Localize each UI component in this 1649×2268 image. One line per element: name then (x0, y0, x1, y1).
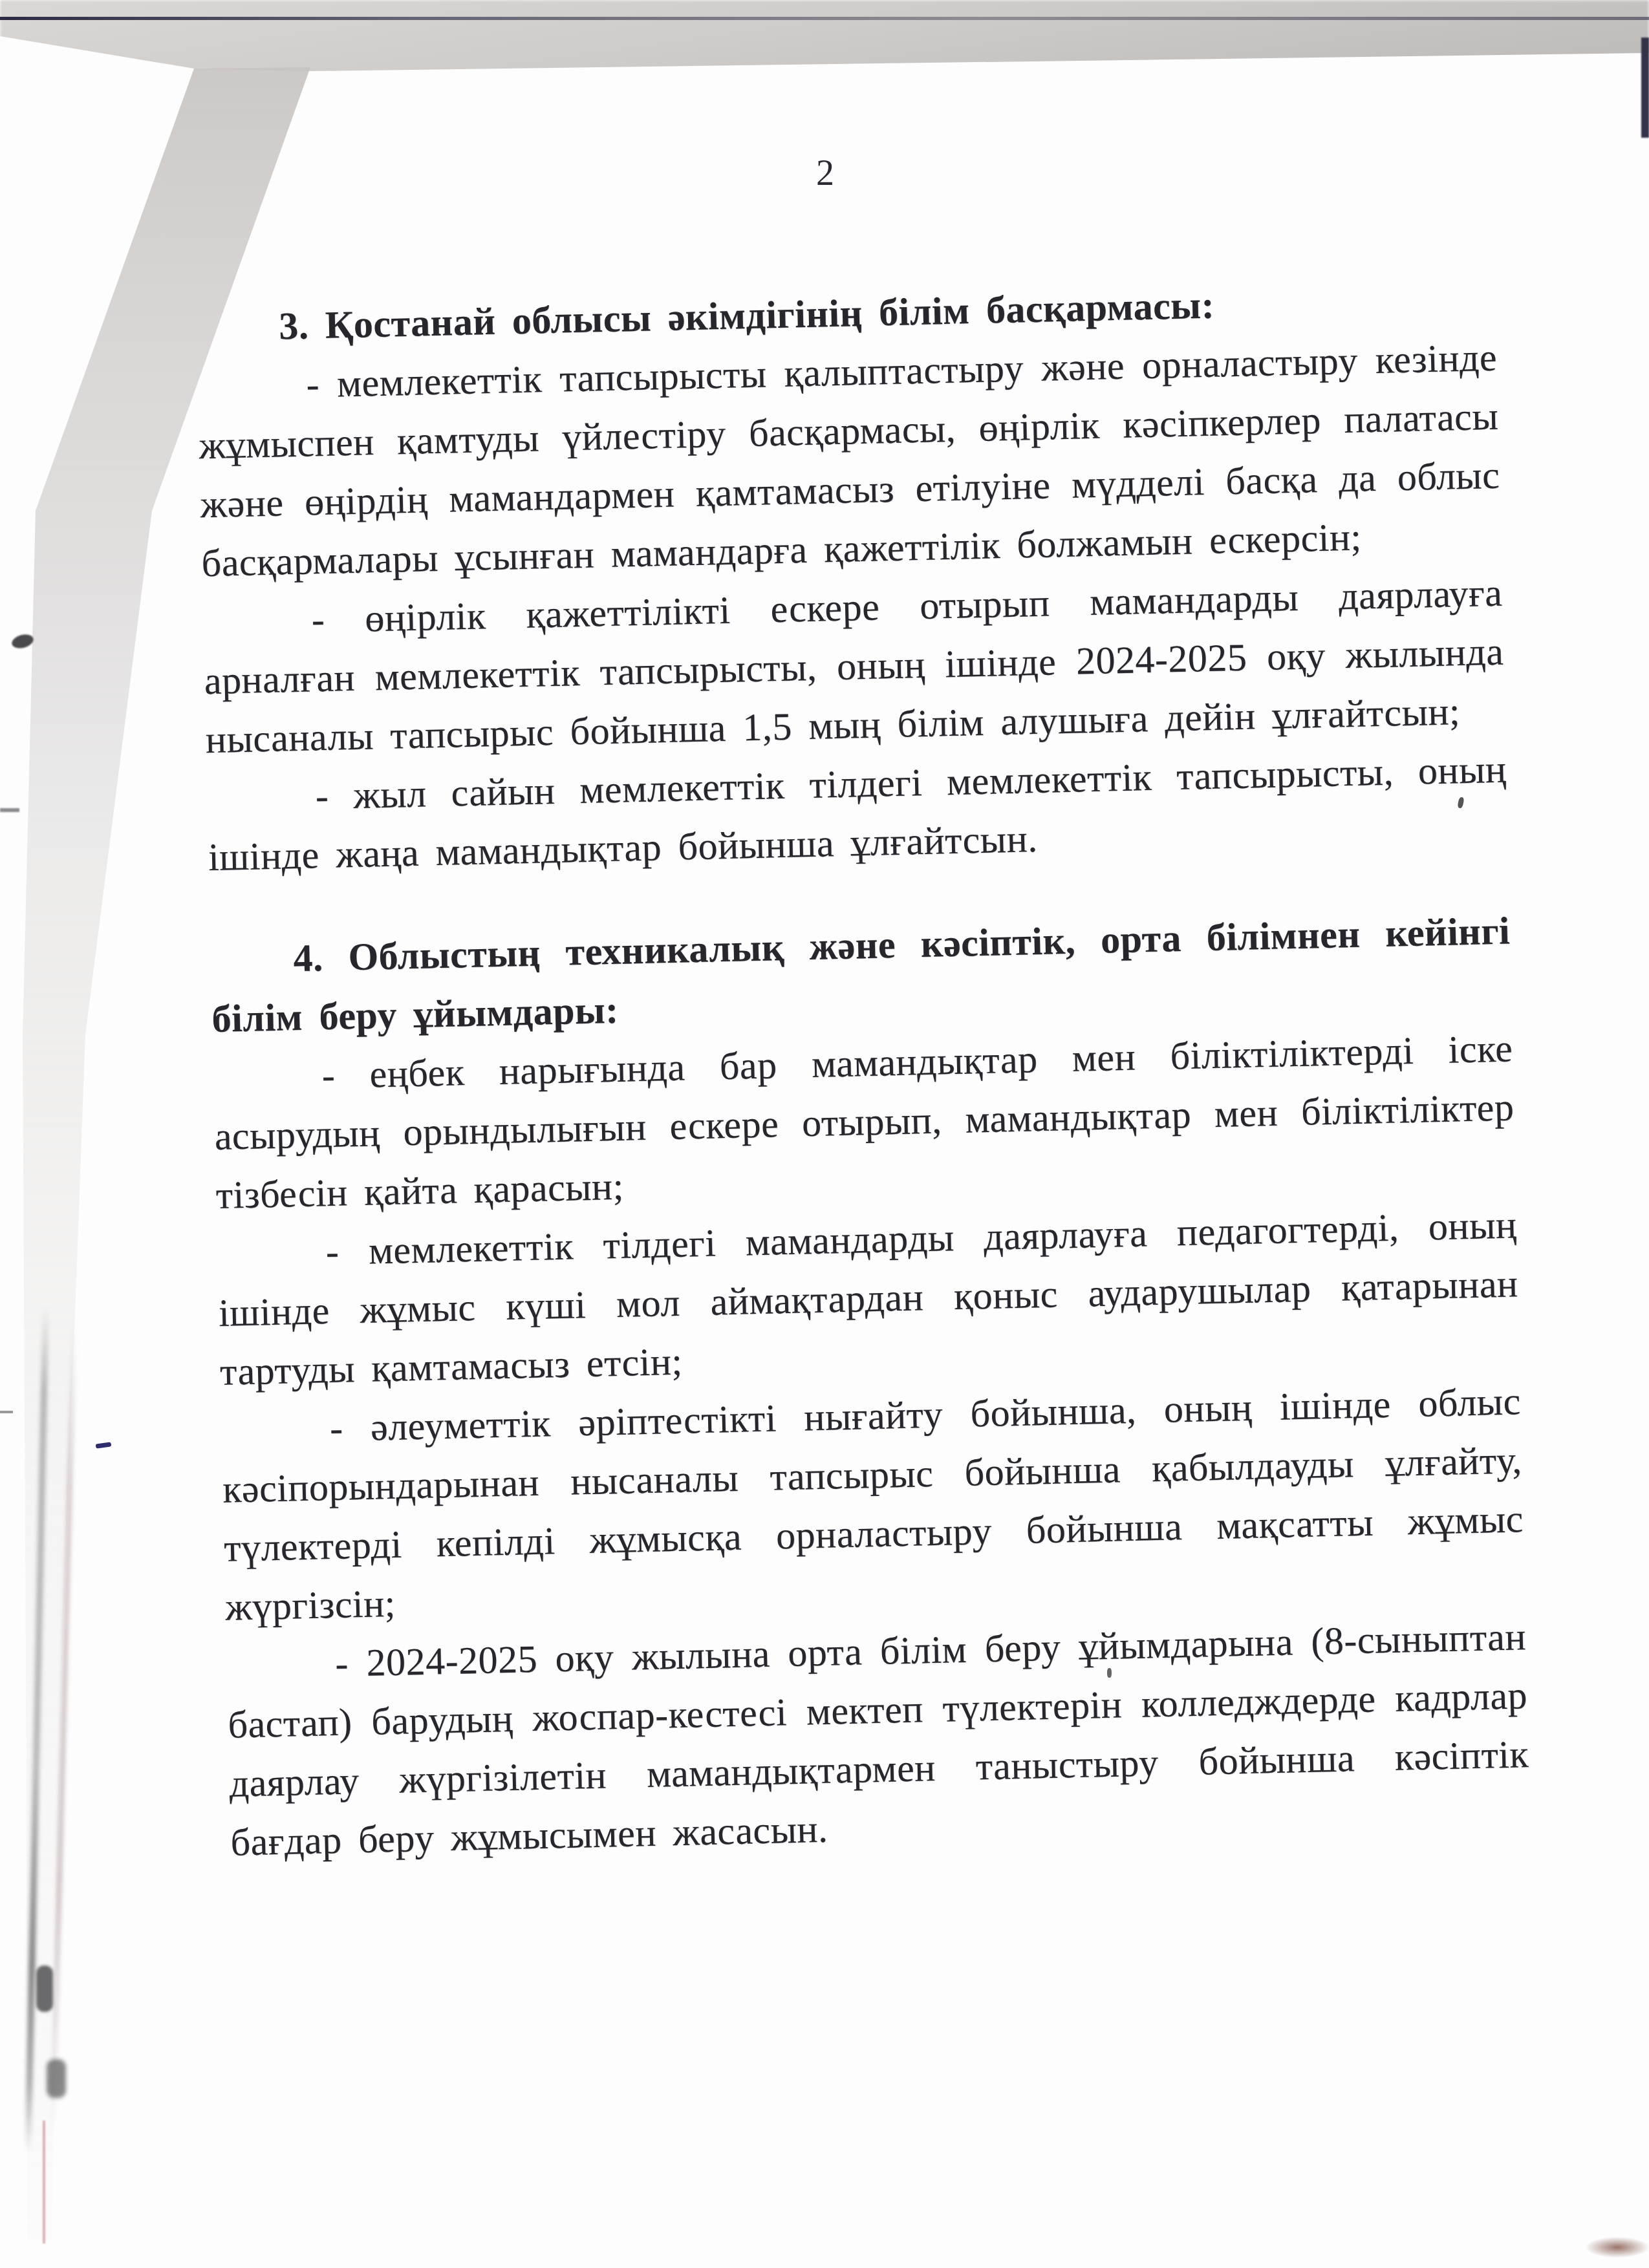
page-number: 2 (816, 153, 834, 194)
scan-left-margin-line (43, 2121, 45, 2243)
section-3-paragraph: - өңірлік қажеттілікті ескере отырып мам… (202, 564, 1506, 770)
scan-left-margin-streak (50, 1322, 77, 2134)
scan-top-edge-line (0, 17, 1649, 20)
scan-left-margin-blot (36, 1965, 53, 2012)
scan-top-background-band (0, 0, 1649, 91)
scan-right-edge-mark (1641, 37, 1649, 138)
scan-left-margin-streak (25, 1306, 48, 2153)
document-body: 3. Қостанай облысы әкімдігінің білім бас… (195, 270, 1531, 1872)
ink-dash-mark (96, 1442, 112, 1448)
scanned-document-page: 2 3. Қостанай облысы әкімдігінің білім б… (0, 0, 1649, 2268)
scan-bottom-right-smudge (1586, 2237, 1649, 2258)
scan-left-margin-dash (0, 808, 19, 812)
section-4-paragraph: - 2024-2025 оқу жылына орта білім беру ұ… (226, 1607, 1531, 1872)
section-4-paragraph: - әлеуметтік әріптестікті нығайту бойынш… (221, 1372, 1525, 1637)
section-3-paragraph: - мемлекеттік тапсырысты қалыптастыру жә… (197, 328, 1502, 594)
scan-left-margin-blot (47, 2059, 66, 2098)
scan-left-margin-speck (10, 632, 35, 650)
section-4-paragraph: - мемлекеттік тілдегі мамандарды даярлау… (217, 1195, 1520, 1402)
section-4-paragraph: - еңбек нарығында бар мамандықтар мен бі… (213, 1019, 1516, 1225)
scan-left-margin-dash (0, 1411, 13, 1413)
